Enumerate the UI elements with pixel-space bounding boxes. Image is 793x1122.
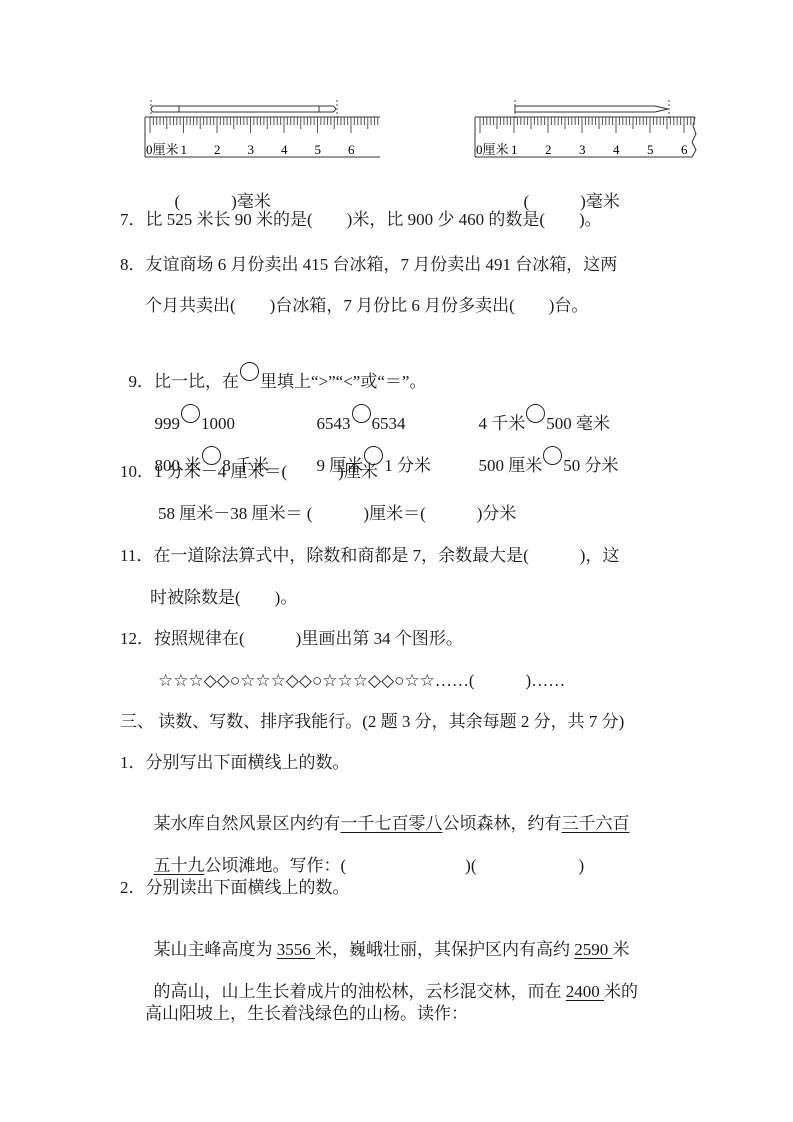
section-3-question-1-title: 1．分别写出下面横线上的数。 [120, 753, 350, 773]
compare-circle-input[interactable] [181, 404, 200, 423]
svg-text:2: 2 [214, 142, 221, 157]
svg-text:5: 5 [315, 142, 322, 157]
section-3-question-1-text: 某水库自然风景区内约有一千七百零八公顷森林，约有三千六百 [145, 794, 630, 834]
svg-text:1: 1 [181, 142, 188, 157]
question-7: 7．比 525 米长 90 米的是( )米，比 900 少 460 的数是( )… [120, 210, 602, 230]
svg-text:4: 4 [281, 142, 288, 157]
answer-blank[interactable] [180, 192, 231, 211]
svg-text:0厘米: 0厘米 [476, 142, 509, 157]
compare-circle-icon [240, 362, 259, 381]
svg-text:6: 6 [681, 142, 688, 157]
svg-text:1: 1 [511, 142, 518, 157]
ruler-1-answer: ( )毫米 [166, 172, 271, 212]
question-11-line-1: 11．在一道除法算式中，除数和商都是 7，余数最大是( )，这 [120, 546, 619, 566]
ruler-figure-1: 123456 0厘米 [140, 98, 385, 167]
svg-text:6: 6 [348, 142, 355, 157]
question-12-line-1: 12．按照规律在( )里画出第 34 个图形。 [120, 629, 463, 649]
ruler-figure-2: 123456 0厘米 [470, 98, 705, 167]
ruler-1-svg: 123456 0厘米 [140, 98, 385, 162]
question-10-line-2: 58 厘米－38 厘米＝ ( )厘米＝( )分米 [158, 504, 516, 524]
section-3-question-2-text-3: 高山阳坡上，生长着浅绿色的山杨。读作： [145, 1004, 468, 1024]
svg-text:0厘米: 0厘米 [146, 142, 179, 157]
underlined-number: 一千七百零八 [341, 814, 443, 833]
question-10-line-1: 10．1 分米－4 厘米＝( )厘米 [120, 462, 378, 482]
svg-text:5: 5 [647, 142, 654, 157]
svg-text:2: 2 [545, 142, 552, 157]
question-8-line-1: 8．友谊商场 6 月份卖出 415 台冰箱，7 月份卖出 491 台冰箱，这两 [120, 255, 617, 275]
question-8-line-2: 个月共卖出( )台冰箱，7 月份比 6 月份多卖出( )台。 [145, 296, 588, 316]
underlined-number: 五十九 [154, 856, 205, 875]
compare-item: 500 厘米50 分米 [470, 426, 619, 476]
section-3-title: 三、 读数、写数、排序我能行。(2 题 3 分，其余每题 2 分，共 7 分) [120, 712, 624, 732]
section-3-question-2-title: 2．分别读出下面横线上的数。 [120, 878, 350, 898]
ruler-2-svg: 123456 0厘米 [470, 98, 705, 162]
section-3-question-1-text-2: 五十九公顷滩地。写作：( )( ) [145, 836, 584, 876]
svg-text:4: 4 [613, 142, 620, 157]
underlined-number: 2590 [574, 940, 612, 959]
compare-circle-input[interactable] [543, 446, 562, 465]
svg-text:3: 3 [248, 142, 255, 157]
underlined-number: 2400 [566, 982, 604, 1001]
section-3-question-2-text-1: 某山主峰高度为 3556 米，巍峨壮丽，其保护区内有高约 2590 米 [145, 920, 630, 960]
underlined-number: 三千六百 [562, 814, 630, 833]
svg-text:3: 3 [579, 142, 586, 157]
section-3-question-2-text-2: 的高山，山上生长着成片的油松林，云杉混交林，而在 2400 米的 [145, 962, 638, 1002]
compare-circle-input[interactable] [352, 404, 371, 423]
question-12-pattern: ☆☆☆◇◇○☆☆☆◇◇○☆☆☆◇◇○☆☆……( )…… [158, 671, 565, 691]
compare-circle-input[interactable] [526, 404, 545, 423]
answer-blank[interactable] [529, 192, 580, 211]
underlined-number: 3556 [277, 940, 315, 959]
ruler-2-answer: ( )毫米 [515, 172, 620, 212]
question-11-line-2: 时被除数是( )。 [150, 588, 297, 608]
